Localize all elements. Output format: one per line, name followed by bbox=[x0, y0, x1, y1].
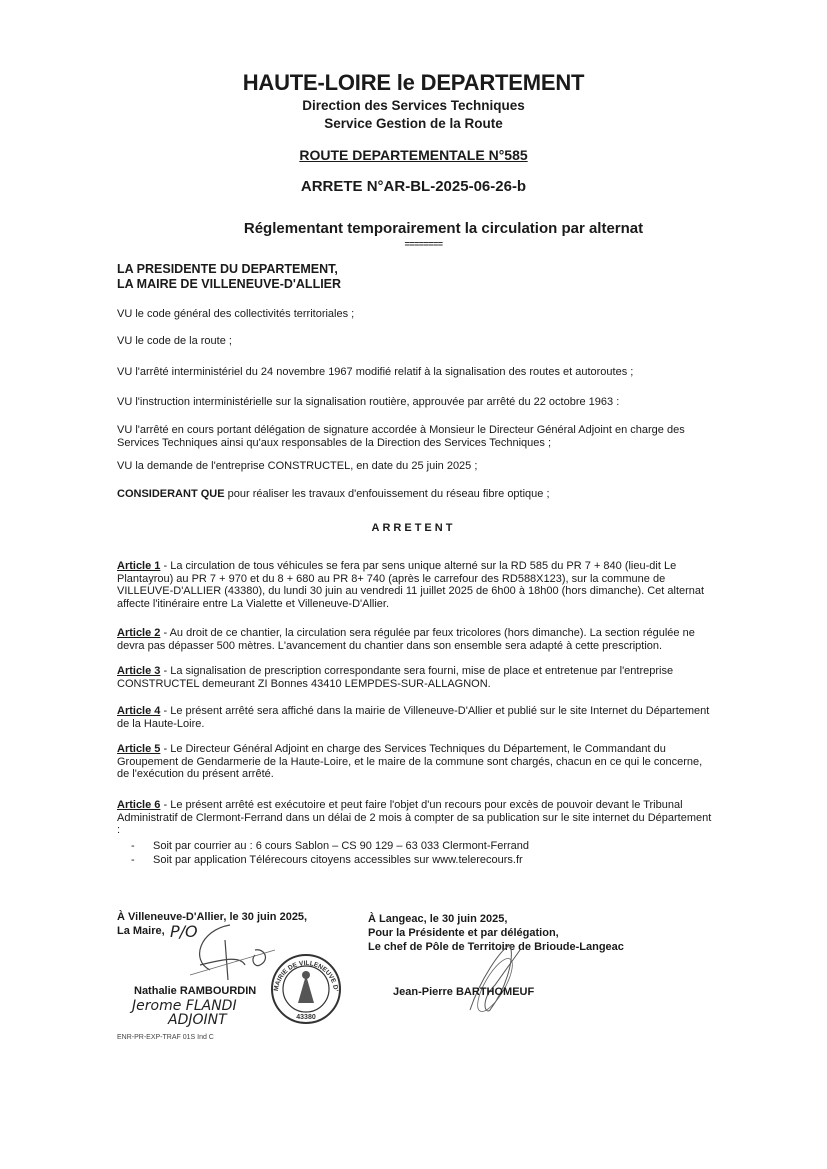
visa-3: VU l'arrêté interministériel du 24 novem… bbox=[117, 366, 717, 379]
article-5: Article 5 - Le Directeur Général Adjoint… bbox=[117, 743, 717, 781]
mairie-stamp-icon: MAIRIE DE VILLENEUVE D'ALLIER 43380 bbox=[270, 953, 342, 1025]
authorities-block: LA PRESIDENTE DU DEPARTEMENT, LA MAIRE D… bbox=[117, 262, 717, 292]
considerant-text: pour réaliser les travaux d'enfouissemen… bbox=[225, 488, 550, 500]
authority-mayor: LA MAIRE DE VILLENEUVE-D'ALLIER bbox=[117, 277, 717, 292]
visa-5: VU l'arrêté en cours portant délégation … bbox=[117, 424, 717, 449]
article-1-label: Article 1 bbox=[117, 560, 160, 572]
visa-6: VU la demande de l'entreprise CONSTRUCTE… bbox=[117, 460, 717, 473]
handwritten-signer-role: ADJOINT bbox=[168, 1012, 227, 1028]
svg-text:43380: 43380 bbox=[296, 1014, 316, 1021]
article-4-text: - Le présent arrêté sera affiché dans la… bbox=[117, 705, 709, 730]
visa-2: VU le code de la route ; bbox=[117, 335, 717, 348]
article-3-label: Article 3 bbox=[117, 665, 160, 677]
article-5-label: Article 5 bbox=[117, 743, 160, 755]
arrete-subject: Réglementant temporairement la circulati… bbox=[60, 220, 827, 237]
direction-subtitle: Direction des Services Techniques bbox=[0, 98, 827, 113]
route-heading: ROUTE DEPARTEMENTALE N°585 bbox=[0, 147, 827, 163]
document-page: HAUTE-LOIRE le DEPARTEMENT Direction des… bbox=[0, 0, 827, 1169]
considerant-label: CONSIDERANT QUE bbox=[117, 488, 225, 500]
article-2: Article 2 - Au droit de ce chantier, la … bbox=[117, 627, 717, 652]
article-2-text: - Au droit de ce chantier, la circulatio… bbox=[117, 627, 695, 652]
article-3-text: - La signalisation de prescription corre… bbox=[117, 665, 673, 690]
organization-title: HAUTE-LOIRE le DEPARTEMENT bbox=[0, 70, 827, 96]
service-subtitle: Service Gestion de la Route bbox=[0, 116, 827, 131]
document-reference-code: ENR-PR-EXP-TRAF 01S Ind C bbox=[117, 1034, 214, 1041]
authority-president: LA PRESIDENTE DU DEPARTEMENT, bbox=[117, 262, 717, 277]
recours-telerecours: Soit par application Télérecours citoyen… bbox=[117, 853, 717, 867]
president-delegate-signature-scribble bbox=[460, 940, 530, 1020]
visa-1: VU le code général des collectivités ter… bbox=[117, 308, 717, 321]
right-delegation: Pour la Présidente et par délégation, bbox=[368, 926, 624, 940]
article-1: Article 1 - La circulation de tous véhic… bbox=[117, 560, 717, 610]
article-1-text: - La circulation de tous véhicules se fe… bbox=[117, 560, 704, 610]
arretent-heading: ARRETENT bbox=[0, 522, 827, 535]
mayor-signature-scribble bbox=[170, 920, 280, 985]
recours-list: Soit par courrier au : 6 cours Sablon – … bbox=[117, 839, 717, 867]
article-6: Article 6 - Le présent arrêté est exécut… bbox=[117, 799, 717, 867]
delegate-name: Jean-Pierre BARTHOMEUF bbox=[393, 986, 534, 998]
article-2-label: Article 2 bbox=[117, 627, 160, 639]
arrete-number: ARRETE N°AR-BL-2025-06-26-b bbox=[0, 178, 827, 195]
article-5-text: - Le Directeur Général Adjoint en charge… bbox=[117, 743, 702, 780]
article-4-label: Article 4 bbox=[117, 705, 160, 717]
considerant: CONSIDERANT QUE pour réaliser les travau… bbox=[117, 488, 717, 501]
visa-4: VU l'instruction interministérielle sur … bbox=[117, 396, 717, 409]
article-6-text: - Le présent arrêté est exécutoire et pe… bbox=[117, 799, 711, 836]
separator-line: ======== bbox=[20, 239, 827, 249]
article-3: Article 3 - La signalisation de prescrip… bbox=[117, 665, 717, 690]
article-6-label: Article 6 bbox=[117, 799, 160, 811]
right-place-date: À Langeac, le 30 juin 2025, bbox=[368, 912, 624, 926]
mayor-name: Nathalie RAMBOURDIN bbox=[134, 985, 256, 997]
article-4: Article 4 - Le présent arrêté sera affic… bbox=[117, 705, 717, 730]
recours-courrier: Soit par courrier au : 6 cours Sablon – … bbox=[117, 839, 717, 853]
